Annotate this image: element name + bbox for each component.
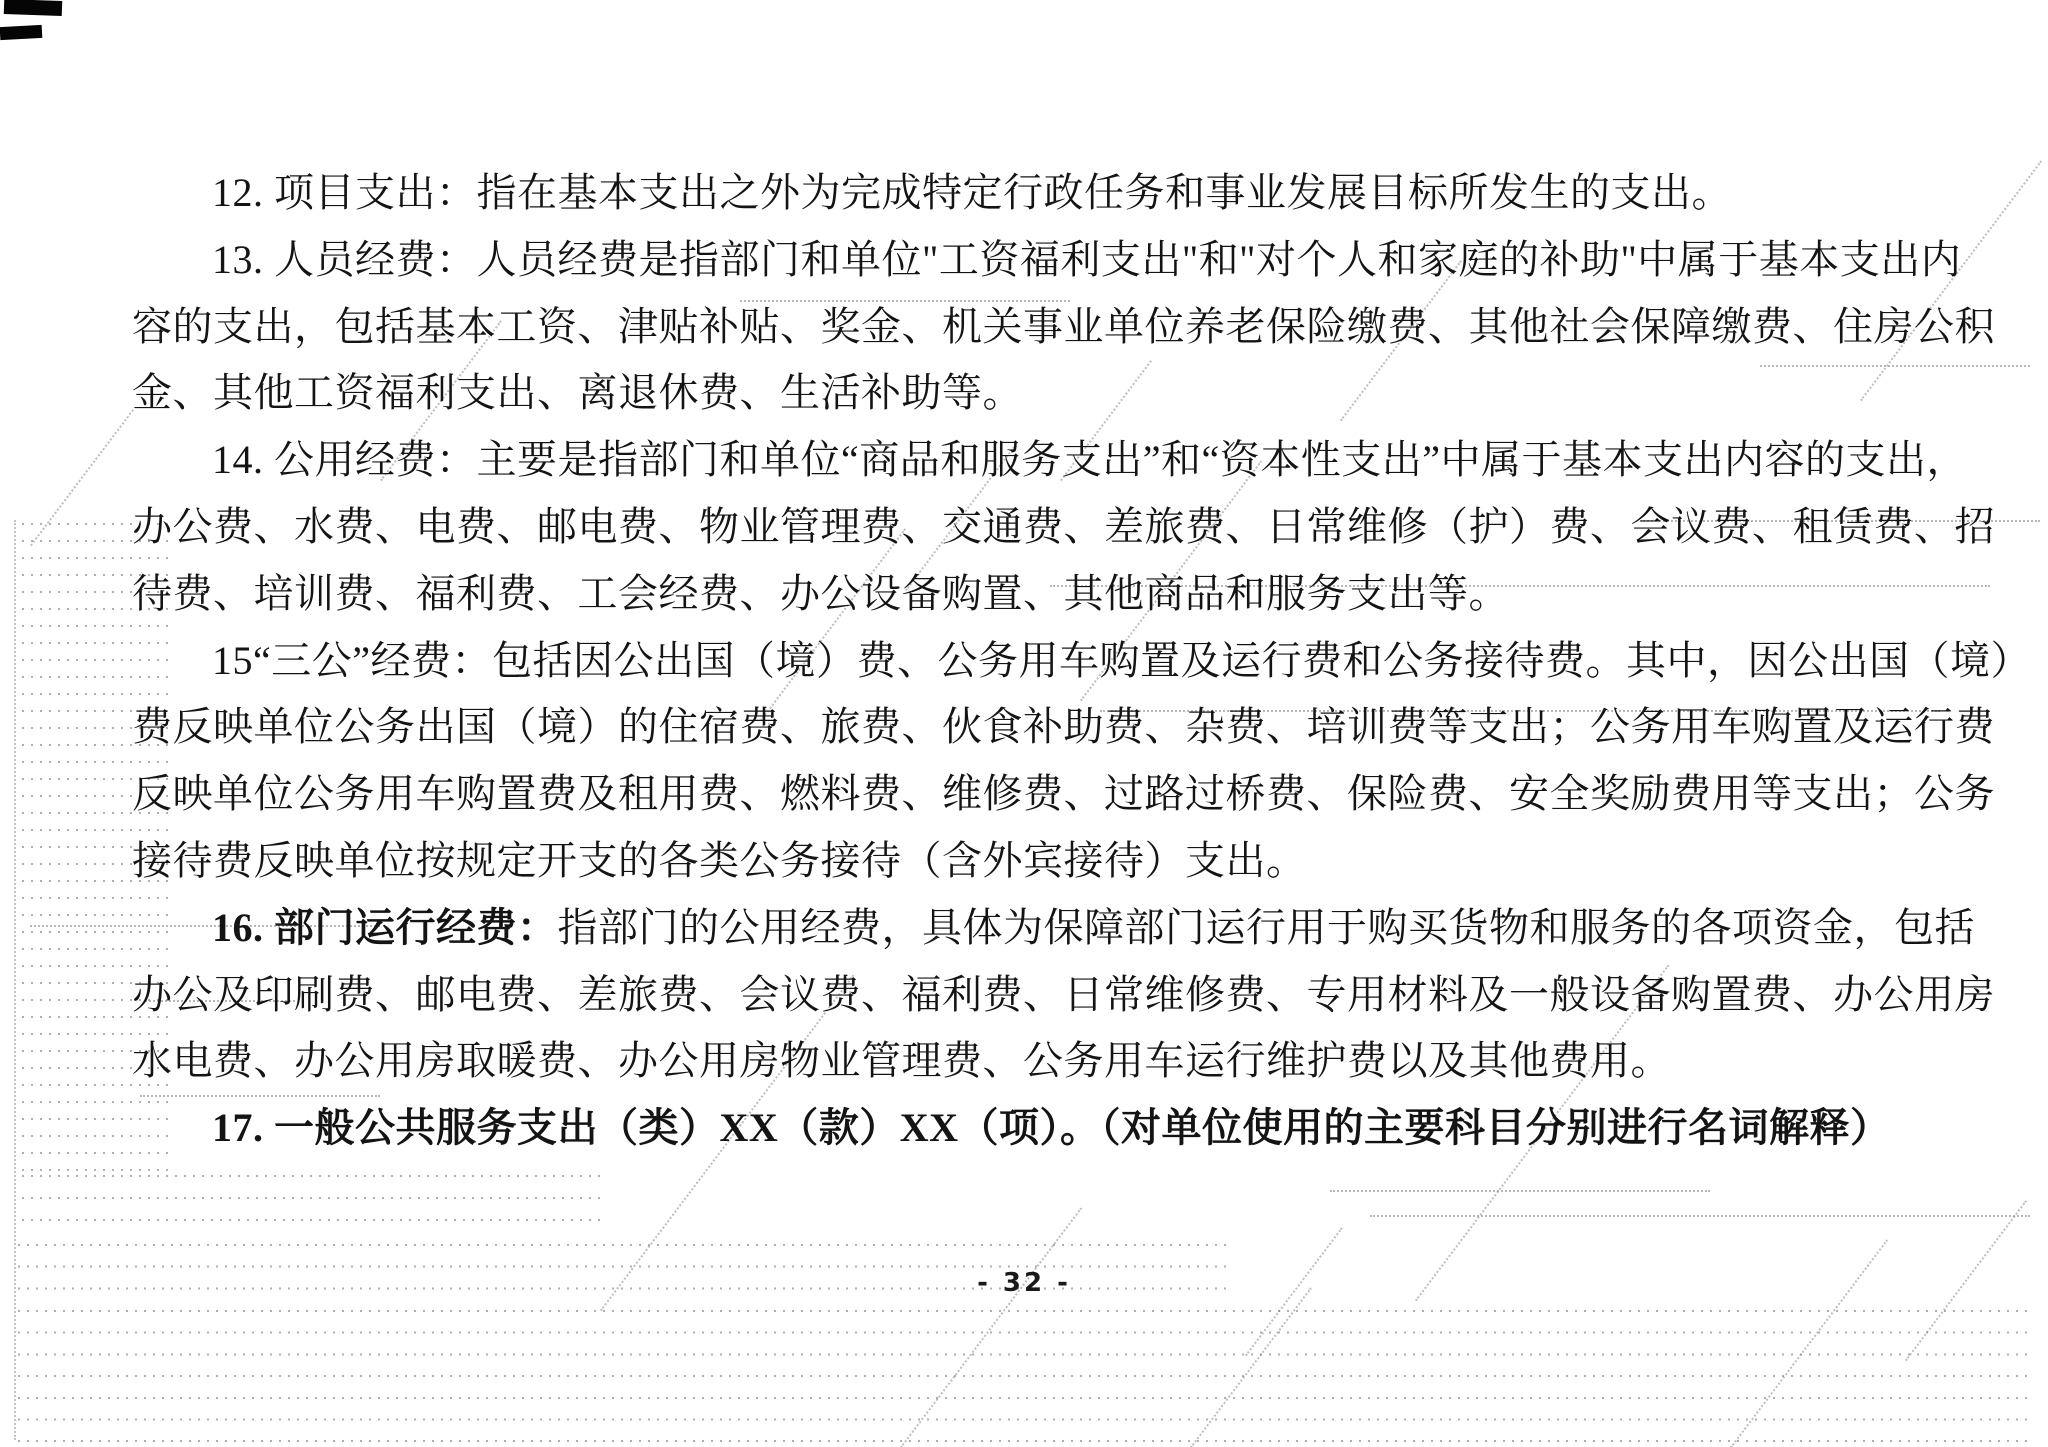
scan-noise-line [1330, 1190, 1710, 1192]
scan-noise-rows [18, 1310, 2030, 1447]
page-number: - 32 - [0, 1268, 2048, 1298]
doc-line-item-17: 17. 一般公共服务支出（类）XX（款）XX（项）。（对单位使用的主要科目分别进… [132, 1095, 1972, 1162]
doc-line-item-13-cont: 金、其他工资福利支出、离退休费、生活补助等。 [132, 360, 1972, 427]
line-text-label: 16. 部门运行经费： [212, 905, 558, 950]
line-text: 15“三公”经费：包括因公出国（境）费、公务用车购置及运行费和公务接待费。其中，… [212, 638, 2031, 683]
doc-line-item-15: 15“三公”经费：包括因公出国（境）费、公务用车购置及运行费和公务接待费。其中，… [132, 628, 1972, 695]
line-text: 反映单位公务用车购置费及租用费、燃料费、维修费、过路过桥费、保险费、安全奖励费用… [132, 771, 1995, 816]
doc-line-item-15-cont: 反映单位公务用车购置费及租用费、燃料费、维修费、过路过桥费、保险费、安全奖励费用… [132, 761, 1972, 828]
line-text: 金、其他工资福利支出、离退休费、生活补助等。 [132, 370, 1023, 415]
line-text: 接待费反映单位按规定开支的各类公务接待（含外宾接待）支出。 [132, 838, 1307, 883]
doc-line-item-13-cont: 容的支出，包括基本工资、津贴补贴、奖金、机关事业单位养老保险缴费、其他社会保障缴… [132, 294, 1972, 361]
document-page: 12. 项目支出：指在基本支出之外为完成特定行政任务和事业发展目标所发生的支出。… [0, 0, 2048, 1447]
line-text: 水电费、办公用房取暖费、办公用房物业管理费、公务用车运行维护费以及其他费用。 [132, 1038, 1671, 1083]
line-text: 指部门的公用经费，具体为保障部门运行用于购买货物和服务的各项资金，包括 [558, 905, 1976, 950]
doc-line-item-16: 16. 部门运行经费：指部门的公用经费，具体为保障部门运行用于购买货物和服务的各… [132, 895, 1972, 962]
line-text: 办公及印刷费、邮电费、差旅费、会议费、福利费、日常维修费、专用材料及一般设备购置… [132, 972, 1995, 1017]
scan-corner-mark [0, 25, 42, 40]
line-text: 费反映单位公务出国（境）的住宿费、旅费、伙食补助费、杂费、培训费等支出；公务用车… [132, 704, 1995, 749]
line-text: 17. 一般公共服务支出（类）XX（款）XX（项）。（对单位使用的主要科目分别进… [212, 1105, 1891, 1150]
line-text: 14. 公用经费：主要是指部门和单位“商品和服务支出”和“资本性支出”中属于基本… [212, 437, 1967, 482]
line-text: 13. 人员经费：人员经费是指部门和单位"工资福利支出"和"对个人和家庭的补助"… [212, 237, 1961, 282]
line-text: 办公费、水费、电费、邮电费、物业管理费、交通费、差旅费、日常维修（护）费、会议费… [132, 504, 1995, 549]
doc-line-item-13: 13. 人员经费：人员经费是指部门和单位"工资福利支出"和"对个人和家庭的补助"… [132, 227, 1972, 294]
doc-line-item-16-cont: 办公及印刷费、邮电费、差旅费、会议费、福利费、日常维修费、专用材料及一般设备购置… [132, 962, 1972, 1029]
doc-line-item-15-cont: 费反映单位公务出国（境）的住宿费、旅费、伙食补助费、杂费、培训费等支出；公务用车… [132, 694, 1972, 761]
doc-line-item-14-cont: 待费、培训费、福利费、工会经费、办公设备购置、其他商品和服务支出等。 [132, 561, 1972, 628]
doc-line-item-14: 14. 公用经费：主要是指部门和单位“商品和服务支出”和“资本性支出”中属于基本… [132, 427, 1972, 494]
doc-line-item-12: 12. 项目支出：指在基本支出之外为完成特定行政任务和事业发展目标所发生的支出。 [132, 160, 1972, 227]
document-body: 12. 项目支出：指在基本支出之外为完成特定行政任务和事业发展目标所发生的支出。… [132, 160, 1972, 1162]
doc-line-item-16-cont: 水电费、办公用房取暖费、办公用房物业管理费、公务用车运行维护费以及其他费用。 [132, 1028, 1972, 1095]
line-text: 12. 项目支出：指在基本支出之外为完成特定行政任务和事业发展目标所发生的支出。 [212, 170, 1732, 215]
doc-line-item-14-cont: 办公费、水费、电费、邮电费、物业管理费、交通费、差旅费、日常维修（护）费、会议费… [132, 494, 1972, 561]
line-text: 容的支出，包括基本工资、津贴补贴、奖金、机关事业单位养老保险缴费、其他社会保障缴… [132, 304, 1995, 349]
scan-noise-line [1370, 1215, 2030, 1217]
scan-corner-mark [4, 0, 62, 16]
line-text: 待费、培训费、福利费、工会经费、办公设备购置、其他商品和服务支出等。 [132, 571, 1509, 616]
doc-line-item-15-cont: 接待费反映单位按规定开支的各类公务接待（含外宾接待）支出。 [132, 828, 1972, 895]
scan-noise-line [14, 520, 16, 1440]
scan-noise-rows [22, 1175, 602, 1241]
